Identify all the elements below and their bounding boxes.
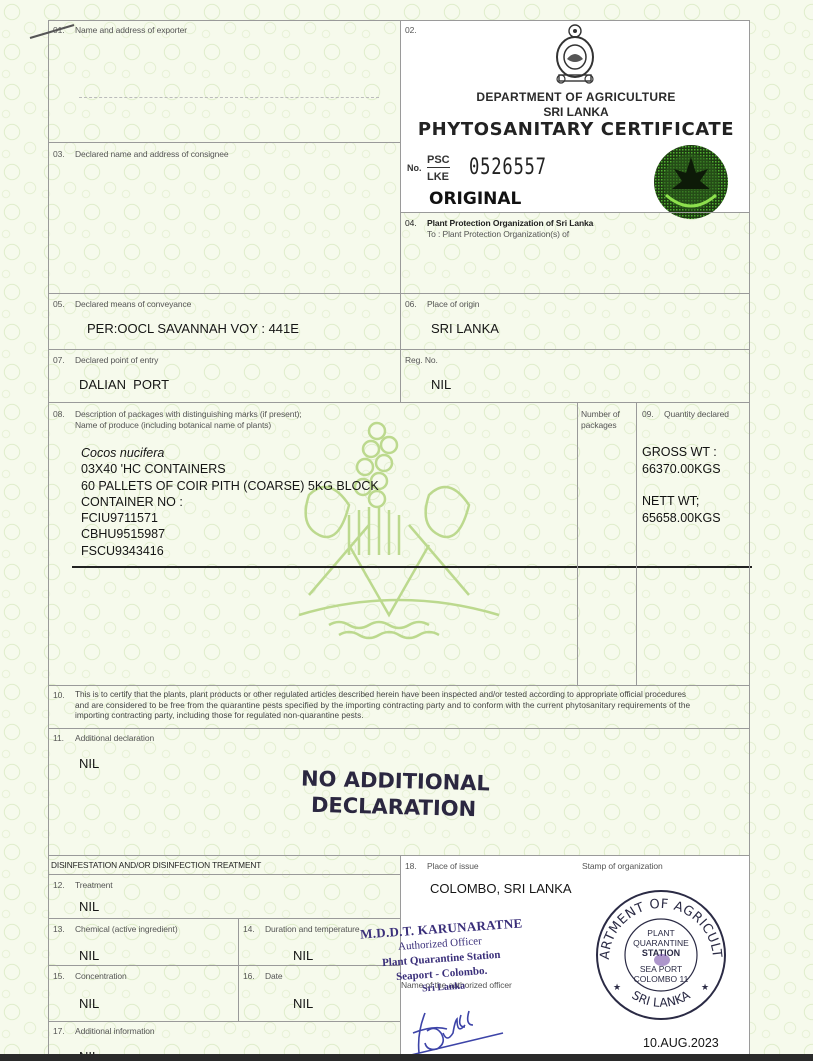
certificate-number: 0526557 (469, 155, 547, 180)
additional-declaration-label: Additional declaration (75, 733, 154, 743)
packages-box: Number of packages (577, 402, 637, 686)
department-name: DEPARTMENT OF AGRICULTURE (401, 90, 751, 104)
origin-value: SRI LANKA (431, 321, 499, 336)
concentration-box: 15.Concentration NIL (48, 965, 239, 1022)
conveyance-box: 05.Declared means of conveyance PER:OOCL… (48, 293, 401, 350)
reg-no-value: NIL (431, 377, 451, 392)
pen-mark-icon (28, 22, 78, 42)
field-number: 17. (53, 1026, 75, 1036)
field-number: 04. (405, 218, 427, 228)
exporter-label: Name and address of exporter (75, 25, 187, 35)
quantity-label: Quantity declared (664, 409, 729, 419)
viewer-bottom-bar (0, 1054, 813, 1061)
description-line: 03X40 'HC CONTAINERS (81, 461, 379, 477)
field-number: 13. (53, 924, 75, 934)
no-additional-declaration-stamp: NO ADDITIONAL (301, 767, 490, 796)
additional-info-label: Additional information (75, 1026, 155, 1036)
duration-label: Duration and temperature (265, 924, 359, 934)
svg-text:PLANT: PLANT (647, 928, 674, 938)
chemical-label: Chemical (active ingredient) (75, 924, 178, 934)
ppo-label: Plant Protection Organization of Sri Lan… (427, 218, 593, 228)
field-number: 15. (53, 971, 75, 981)
chemical-value: NIL (79, 948, 99, 963)
botanical-name: Cocos nucifera (81, 445, 379, 461)
consignee-label: Declared name and address of consignee (75, 149, 229, 159)
svg-text:QUARANTINE: QUARANTINE (633, 938, 689, 948)
header-box: 02. DEPARTMENT OF AGRICULTURE SRI LANKA … (400, 20, 750, 213)
date-box: 16.Date NIL (238, 965, 401, 1022)
field-number: 12. (53, 880, 75, 890)
series-top: PSC (427, 154, 450, 168)
certification-box: 10. This is to certify that the plants, … (48, 685, 750, 729)
svg-text:★: ★ (613, 982, 621, 992)
ppo-box: 04.Plant Protection Organization of Sri … (400, 212, 750, 294)
origin-label: Place of origin (427, 299, 479, 309)
copy-type: ORIGINAL (429, 189, 521, 209)
entry-point-box: 07.Declared point of entry DALIAN PORT (48, 349, 401, 403)
field-number: 16. (243, 971, 265, 981)
issue-date: 10.AUG.2023 (643, 1036, 719, 1050)
container-number: CBHU9515987 (81, 526, 379, 542)
exporter-redacted-address (79, 97, 379, 101)
field-number: 08. (53, 409, 75, 419)
conveyance-value: PER:OOCL SAVANNAH VOY : 441E (87, 321, 299, 336)
stamp-of-organization-label: Stamp of organization (582, 861, 663, 871)
entry-point-label: Declared point of entry (75, 355, 158, 365)
packages-label-line1: Number of (581, 409, 620, 419)
additional-declaration-box: 11.Additional declaration NIL NO ADDITIO… (48, 728, 750, 856)
quantity-box: 09.Quantity declared GROSS WT : 66370.00… (636, 402, 750, 686)
packages-label-line2: packages (581, 420, 617, 430)
additional-declaration-value: NIL (79, 756, 99, 771)
number-prefix: No. (407, 163, 422, 173)
origin-box: 06.Place of origin SRI LANKA (400, 293, 750, 350)
reg-no-box: Reg. No. NIL (400, 349, 750, 403)
container-number: FSCU9343416 (81, 543, 379, 559)
treatment-label: Treatment (75, 880, 113, 890)
description-box: 08.Description of packages with distingu… (48, 402, 578, 686)
round-organization-stamp: DEPARTMENT OF AGRICULTURE SRI LANKA PLAN… (591, 888, 729, 1022)
treatment-section-header: DISINFESTATION AND/OR DISINFECTION TREAT… (48, 855, 401, 875)
gross-weight-label: GROSS WT : (642, 444, 721, 461)
place-of-issue-label: Place of issue (427, 861, 479, 871)
consignee-box: 03.Declared name and address of consigne… (48, 142, 401, 294)
chemical-box: 13.Chemical (active ingredient) NIL (48, 918, 239, 966)
duration-value: NIL (293, 948, 313, 963)
officer-signature (405, 1003, 515, 1059)
field-number: 14. (243, 924, 265, 934)
field-number: 03. (53, 149, 75, 159)
description-label-line2: Name of produce (including botanical nam… (75, 420, 271, 430)
treatment-section-title: DISINFESTATION AND/OR DISINFECTION TREAT… (51, 860, 261, 870)
field-number: 10. (53, 690, 65, 700)
description-content: Cocos nucifera 03X40 'HC CONTAINERS 60 P… (81, 445, 379, 559)
svg-text:★: ★ (701, 982, 709, 992)
place-of-issue-value: COLOMBO, SRI LANKA (430, 881, 572, 896)
exporter-box: 01.Name and address of exporter (48, 20, 401, 143)
certificate-paper: 01.Name and address of exporter 02. DEPA… (0, 0, 813, 1054)
concentration-value: NIL (79, 996, 99, 1011)
series-bottom: LKE (427, 171, 449, 183)
date-label: Date (265, 971, 283, 981)
description-line: CONTAINER NO : (81, 494, 379, 510)
field-number: 07. (53, 355, 75, 365)
sri-lanka-emblem-icon (551, 23, 599, 87)
certification-text: This is to certify that the plants, plan… (75, 689, 745, 721)
svg-text:COLOMBO 11: COLOMBO 11 (634, 974, 689, 984)
reg-no-label: Reg. No. (405, 355, 438, 365)
treatment-box: 12.Treatment NIL (48, 874, 401, 919)
concentration-label: Concentration (75, 971, 127, 981)
description-line: 60 PALLETS OF COIR PITH (COARSE) 5KG BLO… (81, 478, 379, 494)
nett-weight-label: NETT WT; (642, 493, 721, 510)
header-box-number: 02. (405, 25, 417, 35)
container-number: FCIU9711571 (81, 510, 379, 526)
nett-weight-value: 65658.00KGS (642, 510, 721, 527)
conveyance-label: Declared means of conveyance (75, 299, 191, 309)
hologram-seal-icon (652, 143, 730, 221)
date-value: NIL (293, 996, 313, 1011)
certificate-title: PHYTOSANITARY CERTIFICATE (401, 119, 751, 140)
no-additional-declaration-stamp-line2: DECLARATION (311, 793, 477, 821)
gross-weight-value: 66370.00KGS (642, 461, 721, 478)
description-label-line1: Description of packages with distinguish… (75, 409, 302, 419)
entry-point-value: DALIAN PORT (79, 377, 169, 392)
field-number: 18. (405, 861, 427, 871)
field-number: 11. (53, 733, 75, 743)
treatment-value: NIL (79, 899, 99, 914)
field-number: 09. (642, 409, 664, 419)
field-number: 06. (405, 299, 427, 309)
department-country: SRI LANKA (401, 105, 751, 119)
field-number: 05. (53, 299, 75, 309)
ppo-sublabel: To : Plant Protection Organization(s) of (427, 229, 569, 239)
